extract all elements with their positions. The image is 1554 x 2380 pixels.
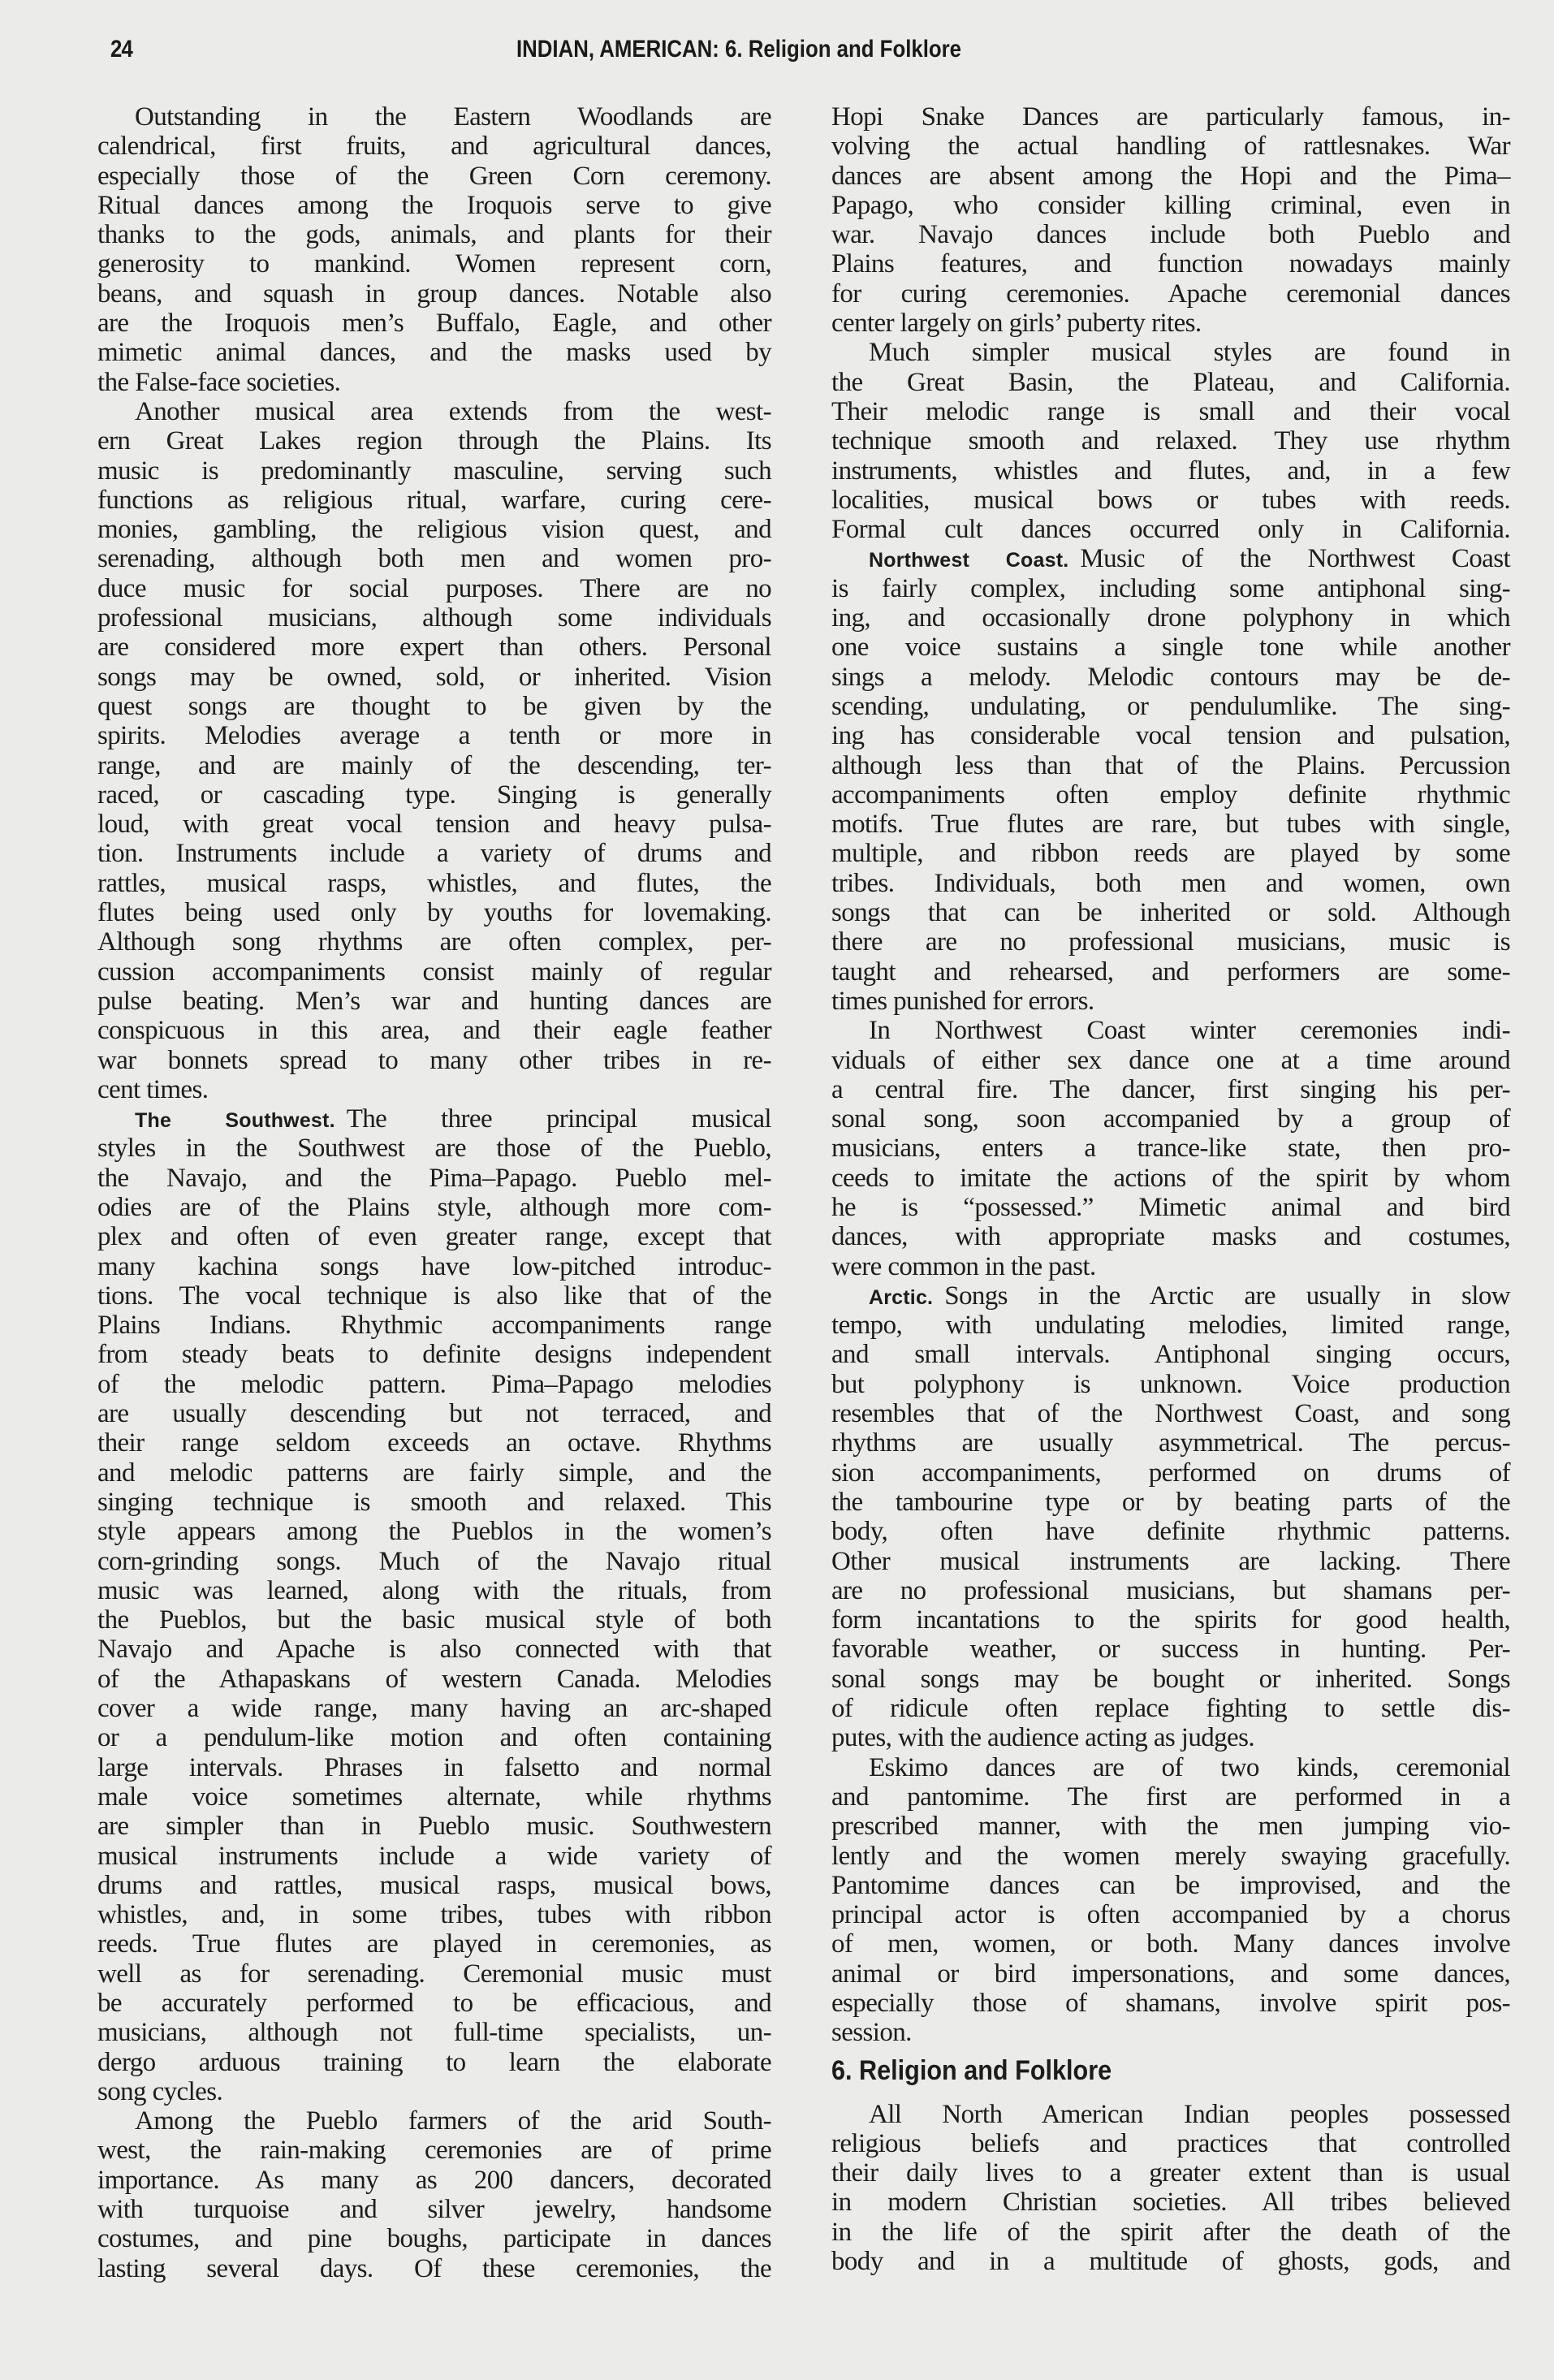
text-line: and pantomime. The first are performed i… xyxy=(831,1782,1510,1812)
text-line: volving the actual handling of rattlesna… xyxy=(831,132,1510,161)
text-line: of ridicule often replace fighting to se… xyxy=(831,1694,1510,1723)
line-text: sonal song, soon accompanied by a group … xyxy=(831,1104,1510,1134)
text-line: motifs. True flutes are rare, but tubes … xyxy=(831,810,1510,839)
line-text: In Northwest Coast winter ceremonies ind… xyxy=(869,1016,1510,1045)
line-text: Plains features, and function nowadays m… xyxy=(831,249,1510,279)
line-text: their range seldom exceeds an octave. Rh… xyxy=(97,1428,771,1458)
text-line: generosity to mankind. Women represent c… xyxy=(97,249,771,279)
line-text: spirits. Melodies average a tenth or mor… xyxy=(97,721,771,750)
line-text: volving the actual handling of rattlesna… xyxy=(831,132,1510,161)
line-text: pulse beating. Men’s war and hunting dan… xyxy=(97,987,771,1016)
text-line: are usually descending but not terraced,… xyxy=(97,1399,771,1428)
text-line: their range seldom exceeds an octave. Rh… xyxy=(97,1428,771,1458)
line-text: especially those of the Green Corn cerem… xyxy=(97,162,771,191)
line-text: Other musical instruments are lacking. T… xyxy=(831,1547,1510,1576)
line-text: the Pueblos, but the basic musical style… xyxy=(97,1605,771,1635)
line-text: in modern Christian societies. All tribe… xyxy=(831,2188,1510,2217)
text-line: Other musical instruments are lacking. T… xyxy=(831,1547,1510,1576)
line-text: range, and are mainly of the descending,… xyxy=(97,751,771,780)
text-line: in the life of the spirit after the deat… xyxy=(831,2218,1510,2247)
line-text: favorable weather, or success in hunting… xyxy=(831,1635,1510,1664)
line-text: Outstanding in the Eastern Woodlands are xyxy=(135,102,771,132)
line-text: tions. The vocal technique is also like … xyxy=(97,1281,771,1311)
text-line: musicians, enters a trance-like state, t… xyxy=(831,1134,1510,1163)
text-line: dances, with appropriate masks and costu… xyxy=(831,1222,1510,1251)
text-line: body, often have definite rhythmic patte… xyxy=(831,1517,1510,1546)
line-text: Although song rhythms are often complex,… xyxy=(97,927,771,957)
text-line: cent times. xyxy=(97,1075,771,1104)
line-text: body, often have definite rhythmic patte… xyxy=(831,1517,1510,1546)
text-line: and small intervals. Antiphonal singing … xyxy=(831,1340,1510,1369)
line-text: putes, with the audience acting as judge… xyxy=(831,1723,1254,1752)
text-line: prescribed manner, with the men jumping … xyxy=(831,1812,1510,1841)
line-text: odies are of the Plains style, although … xyxy=(97,1193,771,1222)
text-line: from steady beats to definite designs in… xyxy=(97,1340,771,1369)
line-text: quest songs are thought to be given by t… xyxy=(97,692,771,721)
line-text: Among the Pueblo farmers of the arid Sou… xyxy=(135,2106,771,2136)
line-text: styles in the Southwest are those of the… xyxy=(97,1134,771,1163)
text-line: accompaniments often employ definite rhy… xyxy=(831,780,1510,810)
text-line: and melodic patterns are fairly simple, … xyxy=(97,1458,771,1488)
text-line: be accurately performed to be efficaciou… xyxy=(97,1989,771,2018)
text-line: there are no professional musicians, mus… xyxy=(831,927,1510,957)
text-line: functions as religious ritual, warfare, … xyxy=(97,486,771,515)
text-line: tions. The vocal technique is also like … xyxy=(97,1281,771,1311)
line-text: were common in the past. xyxy=(831,1252,1096,1281)
text-line: rhythms are usually asymmetrical. The pe… xyxy=(831,1428,1510,1458)
line-text: he is “possessed.” Mimetic animal and bi… xyxy=(831,1193,1510,1222)
text-line: The Southwest.The three principal musica… xyxy=(97,1104,771,1134)
line-text: the False-face societies. xyxy=(97,368,340,397)
text-line: costumes, and pine boughs, participate i… xyxy=(97,2224,771,2253)
line-text: duce music for social purposes. There ar… xyxy=(97,574,771,603)
line-text: rhythms are usually asymmetrical. The pe… xyxy=(831,1428,1510,1458)
text-line: of men, women, or both. Many dances invo… xyxy=(831,1929,1510,1959)
text-line: many kachina songs have low-pitched intr… xyxy=(97,1252,771,1281)
line-text: cussion accompaniments consist mainly of… xyxy=(97,957,771,987)
line-text: are no professional musicians, but shama… xyxy=(831,1576,1510,1605)
line-text: musical instruments include a wide varie… xyxy=(97,1842,771,1871)
page-number: 24 xyxy=(110,36,132,63)
line-text: lently and the women merely swaying grac… xyxy=(831,1842,1510,1871)
line-text: with turquoise and silver jewelry, hands… xyxy=(97,2195,771,2224)
text-line: multiple, and ribbon reeds are played by… xyxy=(831,839,1510,868)
line-text: thanks to the gods, animals, and plants … xyxy=(97,220,771,249)
line-text: musicians, although not full-time specia… xyxy=(97,2018,771,2047)
line-text: large intervals. Phrases in falsetto and… xyxy=(97,1753,771,1782)
line-text: of the Athapaskans of western Canada. Me… xyxy=(97,1665,771,1694)
text-line: especially those of shamans, involve spi… xyxy=(831,1989,1510,2018)
text-line: In Northwest Coast winter ceremonies ind… xyxy=(831,1016,1510,1045)
text-line: a central fire. The dancer, first singin… xyxy=(831,1075,1510,1104)
run-in-subheading: Northwest Coast. xyxy=(869,549,1068,572)
text-line: loud, with great vocal tension and heavy… xyxy=(97,810,771,839)
line-text: many kachina songs have low-pitched intr… xyxy=(97,1252,771,1281)
text-line: style appears among the Pueblos in the w… xyxy=(97,1517,771,1546)
text-line: dances are absent among the Hopi and the… xyxy=(831,162,1510,191)
text-line: the Pueblos, but the basic musical style… xyxy=(97,1605,771,1635)
line-text: cent times. xyxy=(97,1075,208,1104)
line-text: Pantomime dances can be improvised, and … xyxy=(831,1871,1510,1900)
run-in-subheading: Arctic. xyxy=(869,1286,933,1309)
line-text: their daily lives to a greater extent th… xyxy=(831,2158,1510,2188)
line-text: accompaniments often employ definite rhy… xyxy=(831,780,1510,810)
line-text: All North American Indian peoples posses… xyxy=(869,2100,1510,2129)
text-line: is fairly complex, including some antiph… xyxy=(831,574,1510,603)
text-line: body and in a multitude of ghosts, gods,… xyxy=(831,2247,1510,2276)
text-line: animal or bird impersonations, and some … xyxy=(831,1959,1510,1989)
text-line: songs may be owned, sold, or inherited. … xyxy=(97,663,771,692)
text-line: war bonnets spread to many other tribes … xyxy=(97,1046,771,1075)
text-line: favorable weather, or success in hunting… xyxy=(831,1635,1510,1664)
text-line: rattles, musical rasps, whistles, and fl… xyxy=(97,869,771,898)
line-text: costumes, and pine boughs, participate i… xyxy=(97,2224,771,2253)
text-line: are considered more expert than others. … xyxy=(97,633,771,662)
text-line: for curing ceremonies. Apache ceremonial… xyxy=(831,279,1510,309)
line-text: dances, with appropriate masks and costu… xyxy=(831,1222,1510,1251)
text-line: are no professional musicians, but shama… xyxy=(831,1576,1510,1605)
line-text: war bonnets spread to many other tribes … xyxy=(97,1046,771,1075)
text-line: serenading, although both men and women … xyxy=(97,544,771,573)
text-line: professional musicians, although some in… xyxy=(97,603,771,633)
text-line: song cycles. xyxy=(97,2077,771,2106)
line-text: Another musical area extends from the we… xyxy=(135,397,771,426)
text-line: sonal song, soon accompanied by a group … xyxy=(831,1104,1510,1134)
running-head-title: INDIAN, AMERICAN: 6. Religion and Folklo… xyxy=(516,36,961,63)
text-line: Formal cult dances occurred only in Cali… xyxy=(831,515,1510,544)
text-line: although less than that of the Plains. P… xyxy=(831,751,1510,780)
run-in-subheading: The Southwest. xyxy=(135,1109,335,1132)
line-text: ing has considerable vocal tension and p… xyxy=(831,721,1510,750)
line-text: session. xyxy=(831,2018,912,2047)
line-text: viduals of either sex dance one at a tim… xyxy=(831,1046,1510,1075)
text-line: Outstanding in the Eastern Woodlands are xyxy=(97,102,771,132)
line-text: Formal cult dances occurred only in Cali… xyxy=(831,515,1510,544)
text-line: are simpler than in Pueblo music. Southw… xyxy=(97,1812,771,1841)
line-text: flutes being used only by youths for lov… xyxy=(97,898,771,927)
line-text: there are no professional musicians, mus… xyxy=(831,927,1510,957)
line-text: Navajo and Apache is also connected with… xyxy=(97,1635,771,1664)
text-line: ing has considerable vocal tension and p… xyxy=(831,721,1510,750)
text-line: technique smooth and relaxed. They use r… xyxy=(831,426,1510,456)
line-text: generosity to mankind. Women represent c… xyxy=(97,249,771,279)
line-text: monies, gambling, the religious vision q… xyxy=(97,515,771,544)
line-text: Plains Indians. Rhythmic accompaniments … xyxy=(97,1311,771,1340)
line-text: motifs. True flutes are rare, but tubes … xyxy=(831,810,1510,839)
line-text: music is predominantly masculine, servin… xyxy=(97,456,771,486)
text-line: Among the Pueblo farmers of the arid Sou… xyxy=(97,2106,771,2136)
line-text: is fairly complex, including some antiph… xyxy=(831,574,1510,603)
text-line: Eskimo dances are of two kinds, ceremoni… xyxy=(831,1753,1510,1782)
text-line: music was learned, along with the ritual… xyxy=(97,1576,771,1605)
text-line: with turquoise and silver jewelry, hands… xyxy=(97,2195,771,2224)
text-line: plex and often of even greater range, ex… xyxy=(97,1222,771,1251)
line-text: style appears among the Pueblos in the w… xyxy=(97,1517,771,1546)
text-line: large intervals. Phrases in falsetto and… xyxy=(97,1753,771,1782)
line-text: song cycles. xyxy=(97,2077,222,2106)
text-line: ing, and occasionally drone polyphony in… xyxy=(831,603,1510,633)
line-text: dances are absent among the Hopi and the… xyxy=(831,162,1510,191)
line-text: a central fire. The dancer, first singin… xyxy=(831,1075,1510,1104)
text-line: principal actor is often accompanied by … xyxy=(831,1900,1510,1929)
line-text: instruments, whistles and flutes, and, i… xyxy=(831,456,1510,486)
text-line: he is “possessed.” Mimetic animal and bi… xyxy=(831,1193,1510,1222)
text-line: cover a wide range, many having an arc-s… xyxy=(97,1694,771,1723)
right-column-body-after-heading: All North American Indian peoples posses… xyxy=(831,2100,1510,2277)
text-line: Although song rhythms are often complex,… xyxy=(97,927,771,957)
text-line: Plains Indians. Rhythmic accompaniments … xyxy=(97,1311,771,1340)
text-line: the tambourine type or by beating parts … xyxy=(831,1488,1510,1517)
text-line: pulse beating. Men’s war and hunting dan… xyxy=(97,987,771,1016)
line-text: form incantations to the spirits for goo… xyxy=(831,1605,1510,1635)
line-text: tribes. Individuals, both men and women,… xyxy=(831,869,1510,898)
text-line: mimetic animal dances, and the masks use… xyxy=(97,338,771,367)
line-text: whistles, and, in some tribes, tubes wit… xyxy=(97,1900,771,1929)
text-line: instruments, whistles and flutes, and, i… xyxy=(831,456,1510,486)
text-line: were common in the past. xyxy=(831,1252,1510,1281)
line-text: religious beliefs and practices that con… xyxy=(831,2129,1510,2158)
text-line: musicians, although not full-time specia… xyxy=(97,2018,771,2047)
line-text: principal actor is often accompanied by … xyxy=(831,1900,1510,1929)
line-text: for curing ceremonies. Apache ceremonial… xyxy=(831,279,1510,309)
line-text: mimetic animal dances, and the masks use… xyxy=(97,338,771,367)
line-text: the Navajo, and the Pima–Papago. Pueblo … xyxy=(97,1164,771,1193)
text-line: dergo arduous training to learn the elab… xyxy=(97,2048,771,2077)
line-text: Much simpler musical styles are found in xyxy=(869,338,1510,367)
text-line: west, the rain-making ceremonies are of … xyxy=(97,2136,771,2165)
line-text: singing technique is smooth and relaxed.… xyxy=(97,1488,771,1517)
line-text: technique smooth and relaxed. They use r… xyxy=(831,426,1510,456)
text-line: range, and are mainly of the descending,… xyxy=(97,751,771,780)
text-line: Plains features, and function nowadays m… xyxy=(831,249,1510,279)
line-text: multiple, and ribbon reeds are played by… xyxy=(831,839,1510,868)
section-heading-religion-and-folklore: 6. Religion and Folklore xyxy=(831,2048,1442,2100)
line-text: ing, and occasionally drone polyphony in… xyxy=(831,603,1510,633)
line-text: times punished for errors. xyxy=(831,987,1094,1016)
line-text: calendrical, first fruits, and agricultu… xyxy=(97,132,771,161)
line-text: and pantomime. The first are performed i… xyxy=(831,1782,1510,1812)
text-line: duce music for social purposes. There ar… xyxy=(97,574,771,603)
line-text: are usually descending but not terraced,… xyxy=(97,1399,771,1428)
line-text: center largely on girls’ puberty rites. xyxy=(831,309,1202,338)
text-line: are the Iroquois men’s Buffalo, Eagle, a… xyxy=(97,309,771,338)
text-line: or a pendulum-like motion and often cont… xyxy=(97,1723,771,1752)
line-text: sings a melody. Melodic contours may be … xyxy=(831,663,1510,692)
text-line: All North American Indian peoples posses… xyxy=(831,2100,1510,2129)
text-line: form incantations to the spirits for goo… xyxy=(831,1605,1510,1635)
line-text: in the life of the spirit after the deat… xyxy=(831,2218,1510,2247)
line-text: lasting several days. Of these ceremonie… xyxy=(97,2254,771,2283)
line-text: from steady beats to definite designs in… xyxy=(97,1340,771,1369)
text-line: conspicuous in this area, and their eagl… xyxy=(97,1016,771,1045)
line-text: Music of the Northwest Coast xyxy=(1080,544,1510,573)
text-line: their daily lives to a greater extent th… xyxy=(831,2158,1510,2188)
text-line: beans, and squash in group dances. Notab… xyxy=(97,279,771,309)
line-text: of the melodic pattern. Pima–Papago melo… xyxy=(97,1370,771,1399)
text-line: religious beliefs and practices that con… xyxy=(831,2129,1510,2158)
text-line: Papago, who consider killing criminal, e… xyxy=(831,191,1510,220)
line-text: importance. As many as 200 dancers, deco… xyxy=(97,2166,771,2195)
line-text: corn-grinding songs. Much of the Navajo … xyxy=(97,1547,771,1576)
line-text: be accurately performed to be efficaciou… xyxy=(97,1989,771,2018)
line-text: Ritual dances among the Iroquois serve t… xyxy=(97,191,771,220)
text-line: one voice sustains a single tone while a… xyxy=(831,633,1510,662)
text-line: reeds. True flutes are played in ceremon… xyxy=(97,1929,771,1959)
text-line: taught and rehearsed, and performers are… xyxy=(831,957,1510,987)
line-text: raced, or cascading type. Singing is gen… xyxy=(97,780,771,810)
line-text: Papago, who consider killing criminal, e… xyxy=(831,191,1510,220)
text-line: war. Navajo dances include both Pueblo a… xyxy=(831,220,1510,249)
text-line: in modern Christian societies. All tribe… xyxy=(831,2188,1510,2217)
text-line: scending, undulating, or pendulumlike. T… xyxy=(831,692,1510,721)
line-text: songs may be owned, sold, or inherited. … xyxy=(97,663,771,692)
text-line: Another musical area extends from the we… xyxy=(97,397,771,426)
line-text: dergo arduous training to learn the elab… xyxy=(97,2048,771,2077)
text-line: tribes. Individuals, both men and women,… xyxy=(831,869,1510,898)
line-text: functions as religious ritual, warfare, … xyxy=(97,486,771,515)
text-line: tempo, with undulating melodies, limited… xyxy=(831,1311,1510,1340)
line-text: resembles that of the Northwest Coast, a… xyxy=(831,1399,1510,1428)
text-line: Ritual dances among the Iroquois serve t… xyxy=(97,191,771,220)
line-text: or a pendulum-like motion and often cont… xyxy=(97,1723,771,1752)
line-text: the tambourine type or by beating parts … xyxy=(831,1488,1510,1517)
line-text: taught and rehearsed, and performers are… xyxy=(831,957,1510,987)
text-line: importance. As many as 200 dancers, deco… xyxy=(97,2166,771,2195)
text-line: sion accompaniments, performed on drums … xyxy=(831,1458,1510,1488)
line-text: tion. Instruments include a variety of d… xyxy=(97,839,771,868)
text-line: Pantomime dances can be improvised, and … xyxy=(831,1871,1510,1900)
text-line: ern Great Lakes region through the Plain… xyxy=(97,426,771,456)
line-text: ceeds to imitate the actions of the spir… xyxy=(831,1164,1510,1193)
line-text: loud, with great vocal tension and heavy… xyxy=(97,810,771,839)
text-line: cussion accompaniments consist mainly of… xyxy=(97,957,771,987)
line-text: songs that can be inherited or sold. Alt… xyxy=(831,898,1510,927)
text-line: the Great Basin, the Plateau, and Califo… xyxy=(831,368,1510,397)
line-text: and melodic patterns are fairly simple, … xyxy=(97,1458,771,1488)
text-line: localities, musical bows or tubes with r… xyxy=(831,486,1510,515)
text-line: whistles, and, in some tribes, tubes wit… xyxy=(97,1900,771,1929)
line-text: prescribed manner, with the men jumping … xyxy=(831,1812,1510,1841)
text-line: Hopi Snake Dances are particularly famou… xyxy=(831,102,1510,132)
line-text: of ridicule often replace fighting to se… xyxy=(831,1694,1510,1723)
text-line: songs that can be inherited or sold. Alt… xyxy=(831,898,1510,927)
text-line: Navajo and Apache is also connected with… xyxy=(97,1635,771,1664)
line-text: The three principal musical xyxy=(347,1104,771,1134)
line-text: scending, undulating, or pendulumlike. T… xyxy=(831,692,1510,721)
line-text: plex and often of even greater range, ex… xyxy=(97,1222,771,1251)
line-text: and small intervals. Antiphonal singing … xyxy=(831,1340,1510,1369)
line-text: reeds. True flutes are played in ceremon… xyxy=(97,1929,771,1959)
line-text: Eskimo dances are of two kinds, ceremoni… xyxy=(869,1753,1510,1782)
line-text: although less than that of the Plains. P… xyxy=(831,751,1510,780)
text-line: Their melodic range is small and their v… xyxy=(831,397,1510,426)
running-head: 24 INDIAN, AMERICAN: 6. Religion and Fol… xyxy=(0,36,1554,68)
left-column: Outstanding in the Eastern Woodlands are… xyxy=(97,102,771,2283)
line-text: war. Navajo dances include both Pueblo a… xyxy=(831,220,1510,249)
text-line: especially those of the Green Corn cerem… xyxy=(97,162,771,191)
line-text: Their melodic range is small and their v… xyxy=(831,397,1510,426)
text-line: music is predominantly masculine, servin… xyxy=(97,456,771,486)
text-line: ceeds to imitate the actions of the spir… xyxy=(831,1164,1510,1193)
text-line: the False-face societies. xyxy=(97,368,771,397)
line-text: localities, musical bows or tubes with r… xyxy=(831,486,1510,515)
text-line: quest songs are thought to be given by t… xyxy=(97,692,771,721)
text-line: of the melodic pattern. Pima–Papago melo… xyxy=(97,1370,771,1399)
line-text: one voice sustains a single tone while a… xyxy=(831,633,1510,662)
line-text: serenading, although both men and women … xyxy=(97,544,771,573)
line-text: are simpler than in Pueblo music. Southw… xyxy=(97,1812,771,1841)
line-text: especially those of shamans, involve spi… xyxy=(831,1989,1510,2018)
text-line: viduals of either sex dance one at a tim… xyxy=(831,1046,1510,1075)
line-text: cover a wide range, many having an arc-s… xyxy=(97,1694,771,1723)
text-line: sings a melody. Melodic contours may be … xyxy=(831,663,1510,692)
line-text: musicians, enters a trance-like state, t… xyxy=(831,1134,1510,1163)
text-line: monies, gambling, the religious vision q… xyxy=(97,515,771,544)
text-line: Arctic.Songs in the Arctic are usually i… xyxy=(831,1281,1510,1311)
line-text: ern Great Lakes region through the Plain… xyxy=(97,426,771,456)
text-line: musical instruments include a wide varie… xyxy=(97,1842,771,1871)
text-line: flutes being used only by youths for lov… xyxy=(97,898,771,927)
text-line: resembles that of the Northwest Coast, a… xyxy=(831,1399,1510,1428)
line-text: body and in a multitude of ghosts, gods,… xyxy=(831,2247,1510,2276)
text-line: putes, with the audience acting as judge… xyxy=(831,1723,1510,1752)
text-line: corn-grinding songs. Much of the Navajo … xyxy=(97,1547,771,1576)
line-text: Songs in the Arctic are usually in slow xyxy=(944,1281,1510,1311)
text-line: lently and the women merely swaying grac… xyxy=(831,1842,1510,1871)
line-text: sion accompaniments, performed on drums … xyxy=(831,1458,1510,1488)
text-line: styles in the Southwest are those of the… xyxy=(97,1134,771,1163)
text-line: spirits. Melodies average a tenth or mor… xyxy=(97,721,771,750)
line-text: of men, women, or both. Many dances invo… xyxy=(831,1929,1510,1959)
line-text: tempo, with undulating melodies, limited… xyxy=(831,1311,1510,1340)
text-line: singing technique is smooth and relaxed.… xyxy=(97,1488,771,1517)
line-text: conspicuous in this area, and their eagl… xyxy=(97,1016,771,1045)
text-line: raced, or cascading type. Singing is gen… xyxy=(97,780,771,810)
text-line: center largely on girls’ puberty rites. xyxy=(831,309,1510,338)
text-line: session. xyxy=(831,2018,1510,2047)
text-line: well as for serenading. Ceremonial music… xyxy=(97,1959,771,1989)
text-line: Northwest Coast.Music of the Northwest C… xyxy=(831,544,1510,573)
text-line: tion. Instruments include a variety of d… xyxy=(97,839,771,868)
text-line: but polyphony is unknown. Voice producti… xyxy=(831,1370,1510,1399)
line-text: the Great Basin, the Plateau, and Califo… xyxy=(831,368,1510,397)
text-line: the Navajo, and the Pima–Papago. Pueblo … xyxy=(97,1164,771,1193)
line-text: professional musicians, although some in… xyxy=(97,603,771,633)
line-text: west, the rain-making ceremonies are of … xyxy=(97,2136,771,2165)
text-line: of the Athapaskans of western Canada. Me… xyxy=(97,1665,771,1694)
text-line: times punished for errors. xyxy=(831,987,1510,1016)
text-line: sonal songs may be bought or inherited. … xyxy=(831,1665,1510,1694)
line-text: animal or bird impersonations, and some … xyxy=(831,1959,1510,1989)
line-text: sonal songs may be bought or inherited. … xyxy=(831,1665,1510,1694)
text-line: drums and rattles, musical rasps, musica… xyxy=(97,1871,771,1900)
line-text: rattles, musical rasps, whistles, and fl… xyxy=(97,869,771,898)
right-column-body-before-heading: Hopi Snake Dances are particularly famou… xyxy=(831,102,1510,2048)
line-text: but polyphony is unknown. Voice producti… xyxy=(831,1370,1510,1399)
line-text: beans, and squash in group dances. Notab… xyxy=(97,279,771,309)
line-text: male voice sometimes alternate, while rh… xyxy=(97,1782,771,1812)
right-column: Hopi Snake Dances are particularly famou… xyxy=(831,102,1510,2276)
text-line: calendrical, first fruits, and agricultu… xyxy=(97,132,771,161)
line-text: are the Iroquois men’s Buffalo, Eagle, a… xyxy=(97,309,771,338)
line-text: well as for serenading. Ceremonial music… xyxy=(97,1959,771,1989)
text-line: lasting several days. Of these ceremonie… xyxy=(97,2254,771,2283)
line-text: drums and rattles, musical rasps, musica… xyxy=(97,1871,771,1900)
line-text: are considered more expert than others. … xyxy=(97,633,771,662)
text-line: odies are of the Plains style, although … xyxy=(97,1193,771,1222)
line-text: music was learned, along with the ritual… xyxy=(97,1576,771,1605)
line-text: Hopi Snake Dances are particularly famou… xyxy=(831,102,1510,132)
